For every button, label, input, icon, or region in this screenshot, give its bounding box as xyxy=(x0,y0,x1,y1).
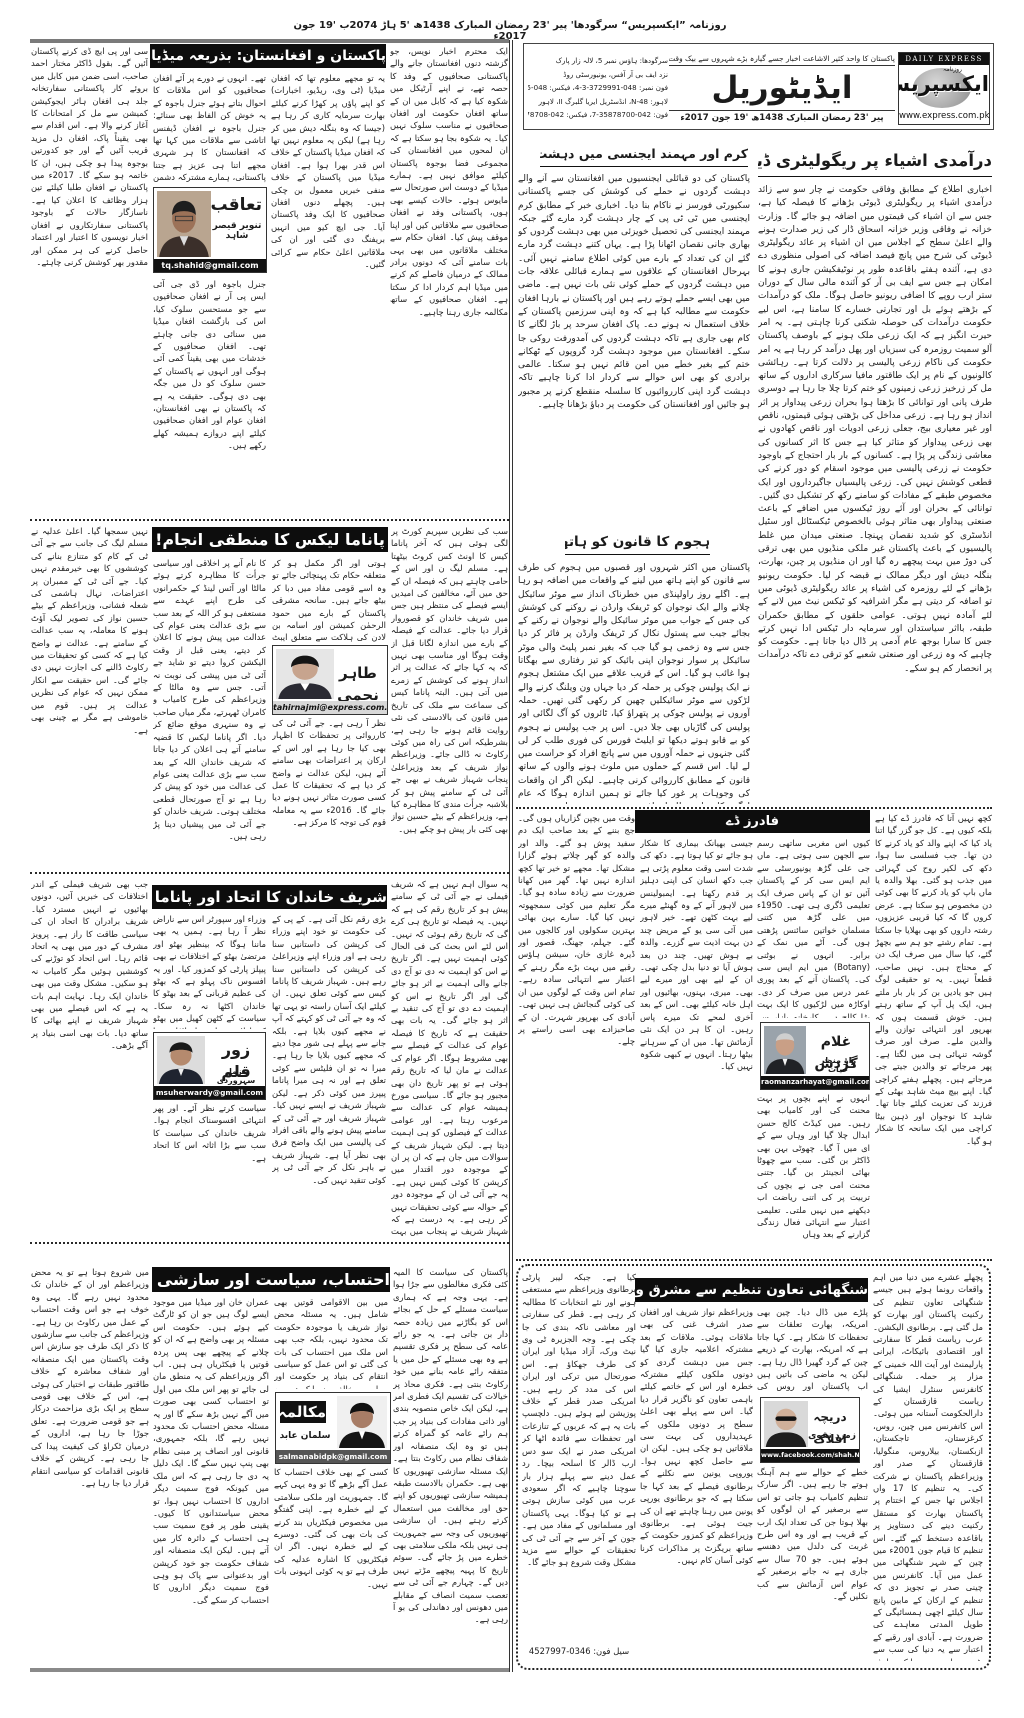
column-name: مکالمہ xyxy=(280,1401,326,1423)
author-email: tq.shahid@gmail.com xyxy=(154,259,266,272)
author-photo xyxy=(157,191,211,257)
logo-text: ایکسپریس xyxy=(899,72,989,96)
column-text: تھے۔ انہوں نے دورے پر آئے افغان صحافیوں … xyxy=(153,72,266,184)
column-text: کا نام آنے پر اخلاقی اور سیاسی جرأت کا م… xyxy=(153,557,266,868)
column-text: پاکستان کی سیاست کا المیہ کئی فکری مغالط… xyxy=(393,1266,508,1664)
title-rule xyxy=(669,110,895,111)
column-text: جنرل باجوہ اور ڈی جی آئی ایس پی آر نے اف… xyxy=(153,278,266,515)
top-rule xyxy=(30,39,509,43)
author-photo xyxy=(337,1396,387,1448)
author-name: مزمل سہروردی xyxy=(209,1067,263,1085)
headline-shanghai: شنگھائی تعاون تنظیم سے مشرق وسطیٰ تک xyxy=(635,1278,868,1302)
column-name: دریچہ افلاک xyxy=(805,1406,855,1450)
author-box-tanveer-qaiser-shahid: تعاقب تنویر قیصر شاہد tq.shahid@gmail.co… xyxy=(153,187,267,273)
author-box-zamurd-naqvi: دریچہ افلاک زمرد نقوی www.facebook.com/s… xyxy=(760,1397,860,1463)
contact-line: نزد ایف بی آر آفس، یونیورسٹی روڈ xyxy=(528,68,668,82)
editorial-headline-karam-mohmand: کرم اور مہمند ایجنسی میں دہشت گردوں کے ح… xyxy=(540,142,748,167)
column-text: کیا ہے۔ جبکہ لیبر پارٹی برطانوی وزیراعظم… xyxy=(522,1271,636,1643)
issue-date: پیر '23 رمضان المبارک 1438ھ '19 جون 2017… xyxy=(669,113,895,123)
section-separator xyxy=(30,1242,509,1244)
author-name: طاہر نجمی xyxy=(333,662,383,706)
section-separator xyxy=(30,519,509,521)
headline-panama-leaks: پاناما لیکس کا منطقی انجام! xyxy=(152,527,388,552)
column-divider xyxy=(509,40,513,1672)
contact-line: فون: 042-35878700-7، فیکس: 042-35878708 xyxy=(528,108,668,122)
column-text: کچھ نہیں آتا کہ فادرز ڈے کیا ہے بلکہ کیو… xyxy=(875,812,992,1255)
site-url: www.express.com.pk xyxy=(899,111,989,121)
editorial-body: پاکستان میں اکثر شہروں اور قصبوں میں ہجو… xyxy=(518,562,750,804)
logo-label: DAILY EXPRESS xyxy=(899,53,989,65)
author-box-salman-abid: مکالمہ سلمان عابد salmanabidpk@gmail.com xyxy=(275,1392,391,1464)
column-text: سی اور پی ایچ ڈی کرنے پاکستان آئیں گے۔ ب… xyxy=(31,45,148,515)
column-text: پلڑے میں ڈال دیا۔ چین بھی امریکہ، بھارت … xyxy=(757,1306,868,1394)
column-text: وزیراعظم نواز شریف اور افغان صدر اشرف غن… xyxy=(640,1306,753,1661)
column-text: ایک محترم اخبار نویس، جو گزشتہ دنوں افغا… xyxy=(390,45,508,515)
author-name: زمرد نقوی xyxy=(807,1431,857,1441)
column-text: سب کی نظریں سپریم کورٹ پر لگی ہوئی ہیں ک… xyxy=(391,525,508,868)
author-box-rao-manzar-hayat: غلام گردش راؤ منظر حیات raomanzarhayat@g… xyxy=(760,1022,870,1090)
column-text: نظر آ رہی ہے۔ جے آئی ٹی کی کارروائی پر ت… xyxy=(272,717,386,868)
column-text: وزراء اور سپورٹر اس سے ناراض نظر آ رہا ہ… xyxy=(153,913,266,1029)
column-text: کسی کے بھی خلاف احتساب کا عمل آگے بڑھے گ… xyxy=(274,1466,388,1664)
author-facebook: www.facebook.com/shah.Naqvi xyxy=(761,1449,859,1462)
column-text: ہوتی اور اگر مکمل ہو کر متعلقہ حکام تک پ… xyxy=(272,557,386,642)
express-logo: DAILY EXPRESS روزنامہ ایکسپریس www.expre… xyxy=(898,52,990,125)
column-text: وقت میں بچپن گزاریاں ہوں گی۔ جج بننے کے … xyxy=(518,812,635,1255)
section-separator xyxy=(516,1259,992,1261)
author-phone: سیل فون: 0346-4527997 xyxy=(522,1646,636,1656)
author-photo xyxy=(276,649,334,699)
headline-fathers-day: فادرز ڈے xyxy=(635,810,870,833)
author-name: تنویر قیصر شاہد xyxy=(210,221,264,241)
column-text: سیاست کرتے نظر آئے۔ اور پھر انتہائی افسو… xyxy=(153,1102,266,1238)
column-text: پچھلے عشرے میں دنیا میں اہم واقعات رونما… xyxy=(873,1271,983,1661)
column-text: میں شروع ہوتا ہے تو یہ محض وزیراعظم اور … xyxy=(31,1266,149,1664)
author-email: raomanzarhayat@gmail.com xyxy=(761,1076,869,1089)
contact-line: لاہور: N-48، انڈسٹریل ایریا گلبرگ II، لا… xyxy=(528,95,668,109)
column-text: عمران خان اور میڈیا میں موجود ایسے لوگ ہ… xyxy=(153,1296,269,1664)
headline-sharif-family: شریف خاندان کا اتحاد اور پاناما کیس xyxy=(152,885,387,909)
editorial-headline-mob-justice: ہجوم کا قانون کو ہاتھ میں لینا xyxy=(565,530,710,555)
author-photo xyxy=(764,1401,808,1447)
author-email: salmanabidpk@gmail.com xyxy=(276,1450,390,1463)
author-photo xyxy=(764,1026,806,1074)
column-text: نہیں سمجھا گیا۔ اعلیٰ عدلیہ نے مسلم لیگ … xyxy=(31,525,148,868)
editorial-body: پاکستان کی دو قبائلی ایجنسیوں میں افغانس… xyxy=(518,173,750,523)
column-text: جب بھی شریف فیملی کے اندر اختلافات کی خب… xyxy=(31,878,148,1238)
contact-line: سرگودھا: ہاؤس نمبر 5، لالہ زار پارک xyxy=(528,54,668,68)
contact-info: سرگودھا: ہاؤس نمبر 5، لالہ زار پارک نزد … xyxy=(528,54,668,122)
author-name: سلمان عابد xyxy=(278,1431,332,1441)
editorial-headline-regulatory-duty: درآمدی اشیاء پر ریگولیٹری ڈیوٹی میں اضاف… xyxy=(758,146,992,177)
column-text: یہ سوال اہم نہیں ہے کہ شریف فیملی نے جے … xyxy=(391,878,508,1238)
page-title: ایڈیٹوریل xyxy=(669,69,895,107)
column-name: تعاقب xyxy=(212,194,262,216)
column-text: بڑی رقم نکل آئی ہے۔ کے پی کے کی حکومت تو… xyxy=(272,913,386,1238)
contact-line: فون نمبر: 048-3729991-3-4، فیکس: 048-372… xyxy=(528,81,668,95)
headline-pak-afghan: پاکستان و افغانستان: بذریعہ میڈیا قریب آ… xyxy=(150,44,386,68)
author-box-mazammil-suherwardy: زور قلم مزمل سہروردی msuherwardy@gmail.c… xyxy=(153,1032,266,1100)
column-text: کیوں اس مغربی ساتھی رسم سے الجھن سی ہوتی… xyxy=(757,837,870,1018)
author-email: msuherwardy@gmail.com xyxy=(154,1086,265,1099)
column-text: میں بین الاقوامی قوتیں بھی شامل ہیں۔ یہ … xyxy=(274,1296,388,1389)
newspaper-page: روزنامہ ”ایکسپریس“ سرگودھا' پیر '23 رمضا… xyxy=(0,0,1024,1718)
bottom-rule xyxy=(30,1668,509,1672)
author-name: راؤ منظر حیات xyxy=(809,1056,867,1074)
masthead: سرگودھا: ہاؤس نمبر 5، لالہ زار پارک نزد … xyxy=(523,43,994,130)
editorial-body: اخباری اطلاع کے مطابق وفاقی حکومت نے چار… xyxy=(758,184,992,804)
author-box-tahir-najmi: طاہر نجمی tahirnajmi@express.com.pk xyxy=(272,645,388,715)
column-text: خطے کے حوالے سے ہم آہنگ ہوتے جا رہے ہیں۔… xyxy=(757,1466,868,1661)
column-text: جیسی بھیانک بیماری کا شکار ہو جائے تو کی… xyxy=(640,837,753,1255)
column-text: یہ تو مجھے معلوم تھا کہ افغان میڈیا (ٹی … xyxy=(271,72,385,515)
tagline: پاکستان کا واحد کثیر الاشاعت اخبار جسے گ… xyxy=(669,54,895,66)
author-email: tahirnajmi@express.com.pk xyxy=(273,701,387,714)
column-text: انہوں نے اپنے بچوں پر بہت محنت کی اور کا… xyxy=(757,1092,870,1255)
author-photo xyxy=(157,1036,205,1084)
headline-ehtesab: احتساب، سیاست اور سازشی تھیوری xyxy=(152,1267,390,1292)
section-separator xyxy=(516,807,992,809)
section-separator xyxy=(30,872,509,874)
